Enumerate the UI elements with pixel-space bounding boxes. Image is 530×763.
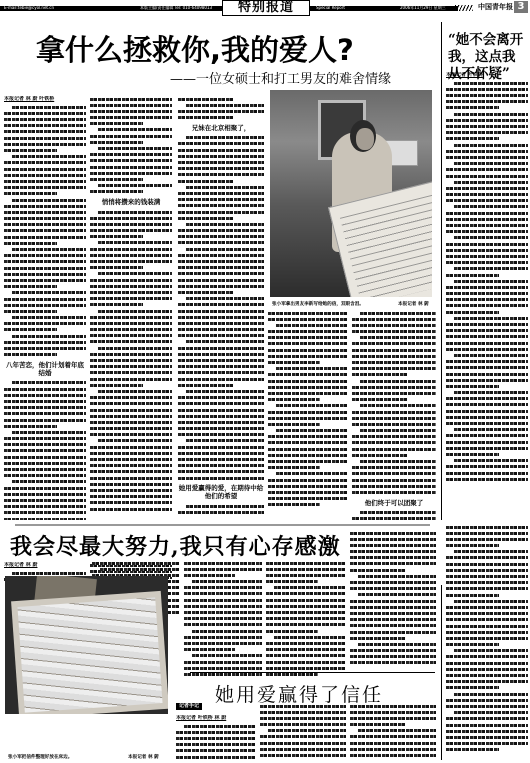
- third-story-column-3: [350, 703, 436, 763]
- subhead-3: 兄妹在北京相聚了，: [178, 124, 264, 132]
- photo-caption: 张小军拿出男友李新写给她的信，双眼含泪。: [272, 301, 364, 307]
- third-story-rule: [190, 672, 435, 673]
- photo-credit: 本报记者 林 蔚: [398, 301, 429, 307]
- third-story-column-2: [260, 703, 346, 763]
- photo-letters-pile: [5, 576, 168, 714]
- issue-date: 2006年11月29日 星期三: [400, 5, 446, 11]
- photo2-caption: 张小军把信件整理好放在床边。: [8, 754, 72, 760]
- main-headline: 拿什么拯救你,我的爱人?: [36, 33, 436, 67]
- page-number: 3: [514, 1, 528, 13]
- second-byline: 本报记者 林 蔚: [4, 562, 86, 568]
- section-english: Special Report: [316, 5, 345, 11]
- subhead-5: 他们终于可以团聚了: [352, 499, 436, 507]
- main-story-column-5: 他们终于可以团聚了: [352, 310, 436, 520]
- section-title: 特别报道: [222, 0, 310, 16]
- main-story-column-2: 悄悄将攒来的钱装满: [90, 96, 172, 520]
- photo-woman-holding-letter: [270, 90, 432, 297]
- second-story-column-3: [184, 560, 262, 690]
- subhead-1: 八年苦恋，他们计划着年底结婚: [4, 361, 86, 377]
- side-story-column: 本报记者 叶铁桥: [446, 72, 528, 520]
- main-subheadline: ——一位女硕士和打工男友的难舍情缘: [170, 68, 391, 87]
- masthead-email: E-mail:tebie@cyol.net.cn: [4, 5, 54, 11]
- main-story-column-3: 兄妹在北京相聚了， 她用爱赢得的爱，在期待中给他们的希望: [178, 96, 264, 520]
- photo-person-face: [356, 128, 374, 150]
- main-byline: 本报记者 林 蔚 叶铁桥: [4, 96, 86, 102]
- photo2-credit: 本报记者 林 蔚: [128, 754, 159, 760]
- subhead-2: 悄悄将攒来的钱装满: [90, 198, 172, 206]
- subhead-4: 她用爱赢得的爱，在期待中给他们的希望: [178, 484, 264, 500]
- masthead: E-mail:tebie@cyol.net.cn 本版主编/责任编辑 Tel: …: [0, 0, 530, 18]
- hatch-decoration: [455, 5, 473, 11]
- second-headline: 我会尽最大努力,我只有心存感激: [10, 530, 341, 561]
- side-byline: 本报记者 叶铁桥: [446, 72, 528, 78]
- reporter-notes-tag: 记者手记: [176, 703, 202, 710]
- section-divider: [15, 524, 430, 526]
- third-byline: 本报记者 叶铁桥 林 蔚: [176, 715, 256, 721]
- newspaper-logo: 中国青年报: [478, 2, 513, 12]
- second-story-column-4: [266, 560, 346, 690]
- photo-letters: [11, 591, 168, 714]
- main-story-column-4: [268, 310, 348, 520]
- column-divider-lower: [441, 585, 442, 760]
- column-divider: [441, 22, 442, 520]
- masthead-contact: 本版主编/责任编辑 Tel: 010-64098013: [140, 5, 212, 11]
- second-story-column-5: [350, 530, 436, 690]
- third-story-column-1: 本报记者 叶铁桥 林 蔚: [176, 715, 256, 763]
- main-story-column-1: 本报记者 林 蔚 叶铁桥 八年苦恋，他们计划着年底结婚: [4, 96, 86, 520]
- side-story-column-continued: [446, 524, 528, 760]
